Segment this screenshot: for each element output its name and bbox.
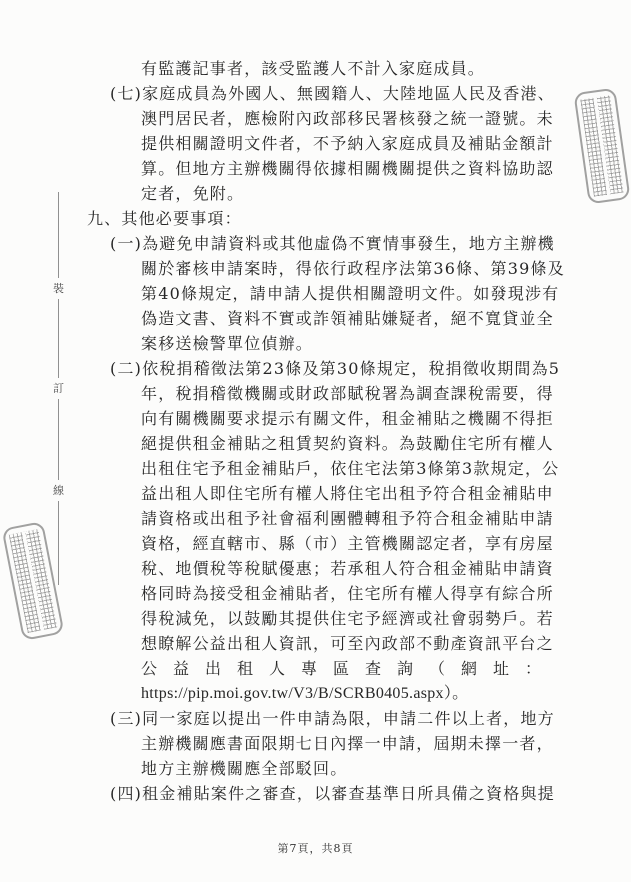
document-body: 有監護記事者，該受監護人不計入家庭成員。(七)家庭成員為外國人、無國籍人、大陸地… — [87, 56, 557, 806]
text-line: 案移送檢警單位偵辦。 — [87, 331, 557, 356]
text-line: 關於審核申請案時，得依行政程序法第36條、第39條及 — [87, 256, 557, 281]
text-line: (一)為避免申請資料或其他虛偽不實情事發生，地方主辦機 — [87, 231, 557, 256]
binding-line-char-xian: 線 — [50, 480, 67, 501]
official-seal-stamp-top-right — [573, 88, 630, 205]
official-seal-stamp-bottom-left — [2, 521, 65, 641]
text-line: (三)同一家庭以提出一件申請為限，申請二件以上者，地方 — [87, 706, 557, 731]
text-line: 年，稅捐稽徵機關或財政部賦稅署為調查課稅需要，得 — [87, 381, 557, 406]
text-line: https://pip.moi.gov.tw/V3/B/SCRB0405.asp… — [87, 681, 557, 706]
text-line: 絕提供租金補貼之租賃契約資料。為鼓勵住宅所有權人 — [87, 431, 557, 456]
text-line: 偽造文書、資料不實或詐領補貼嫌疑者，絕不寬貸並全 — [87, 306, 557, 331]
text-line: (四)租金補貼案件之審查，以審查基準日所具備之資格與提 — [87, 781, 557, 806]
text-line: 資格，經直轄市、縣（市）主管機關認定者，享有房屋 — [87, 531, 557, 556]
seal-script-texture — [9, 529, 58, 633]
binding-line-char-ding: 訂 — [50, 378, 67, 399]
text-line: 算。但地方主辦機關得依據相關機關提供之資料協助認 — [87, 156, 557, 181]
binding-line-char-zhuang: 裝 — [50, 278, 67, 299]
text-line: 第40條規定，請申請人提供相關證明文件。如發現涉有 — [87, 281, 557, 306]
text-line: 提供相關證明文件者，不予納入家庭成員及補貼金額計 — [87, 131, 557, 156]
text-line: (二)依稅捐稽徵法第23條及第30條規定，稅捐徵收期間為5 — [87, 356, 557, 381]
text-line: 得稅減免，以鼓勵其提供住宅予經濟或社會弱勢戶。若 — [87, 606, 557, 631]
text-line: 主辦機關應書面限期七日內擇一申請，屆期未擇一者， — [87, 731, 557, 756]
text-line: 稅、地價稅等稅賦優惠；若承租人符合租金補貼申請資 — [87, 556, 557, 581]
text-line: 想瞭解公益出租人資訊，可至內政部不動產資訊平台之 — [87, 631, 557, 656]
text-line: 請資格或出租予社會福利團體轉租予符合租金補貼申請 — [87, 506, 557, 531]
text-line: 有監護記事者，該受監護人不計入家庭成員。 — [87, 56, 557, 81]
text-line: 益出租人即住宅所有權人將住宅出租予符合租金補貼申 — [87, 481, 557, 506]
text-line: 地方主辦機關應全部駁回。 — [87, 756, 557, 781]
page-number-footer: 第7頁，共8頁 — [0, 840, 631, 856]
text-line: 出租住宅予租金補貼戶，依住宅法第3條第3款規定，公 — [87, 456, 557, 481]
scanned-document-page: 裝 訂 線 有監護記事者，該受監護人不計入家庭成員。(七)家庭成員為外國人、無國… — [0, 0, 631, 882]
text-line: 九、其他必要事項： — [87, 206, 557, 231]
text-line: 向有關機關要求提示有關文件，租金補貼之機關不得拒 — [87, 406, 557, 431]
seal-script-texture — [580, 95, 623, 196]
text-line: 定者，免附。 — [87, 181, 557, 206]
text-line: 澳門居民者，應檢附內政部移民署核發之統一證號。未 — [87, 106, 557, 131]
text-line: (七)家庭成員為外國人、無國籍人、大陸地區人民及香港、 — [87, 81, 557, 106]
text-line: 格同時為接受租金補貼者，住宅所有權人得享有綜合所 — [87, 581, 557, 606]
text-line: 公益出租人專區查詢（網址： — [87, 656, 557, 681]
